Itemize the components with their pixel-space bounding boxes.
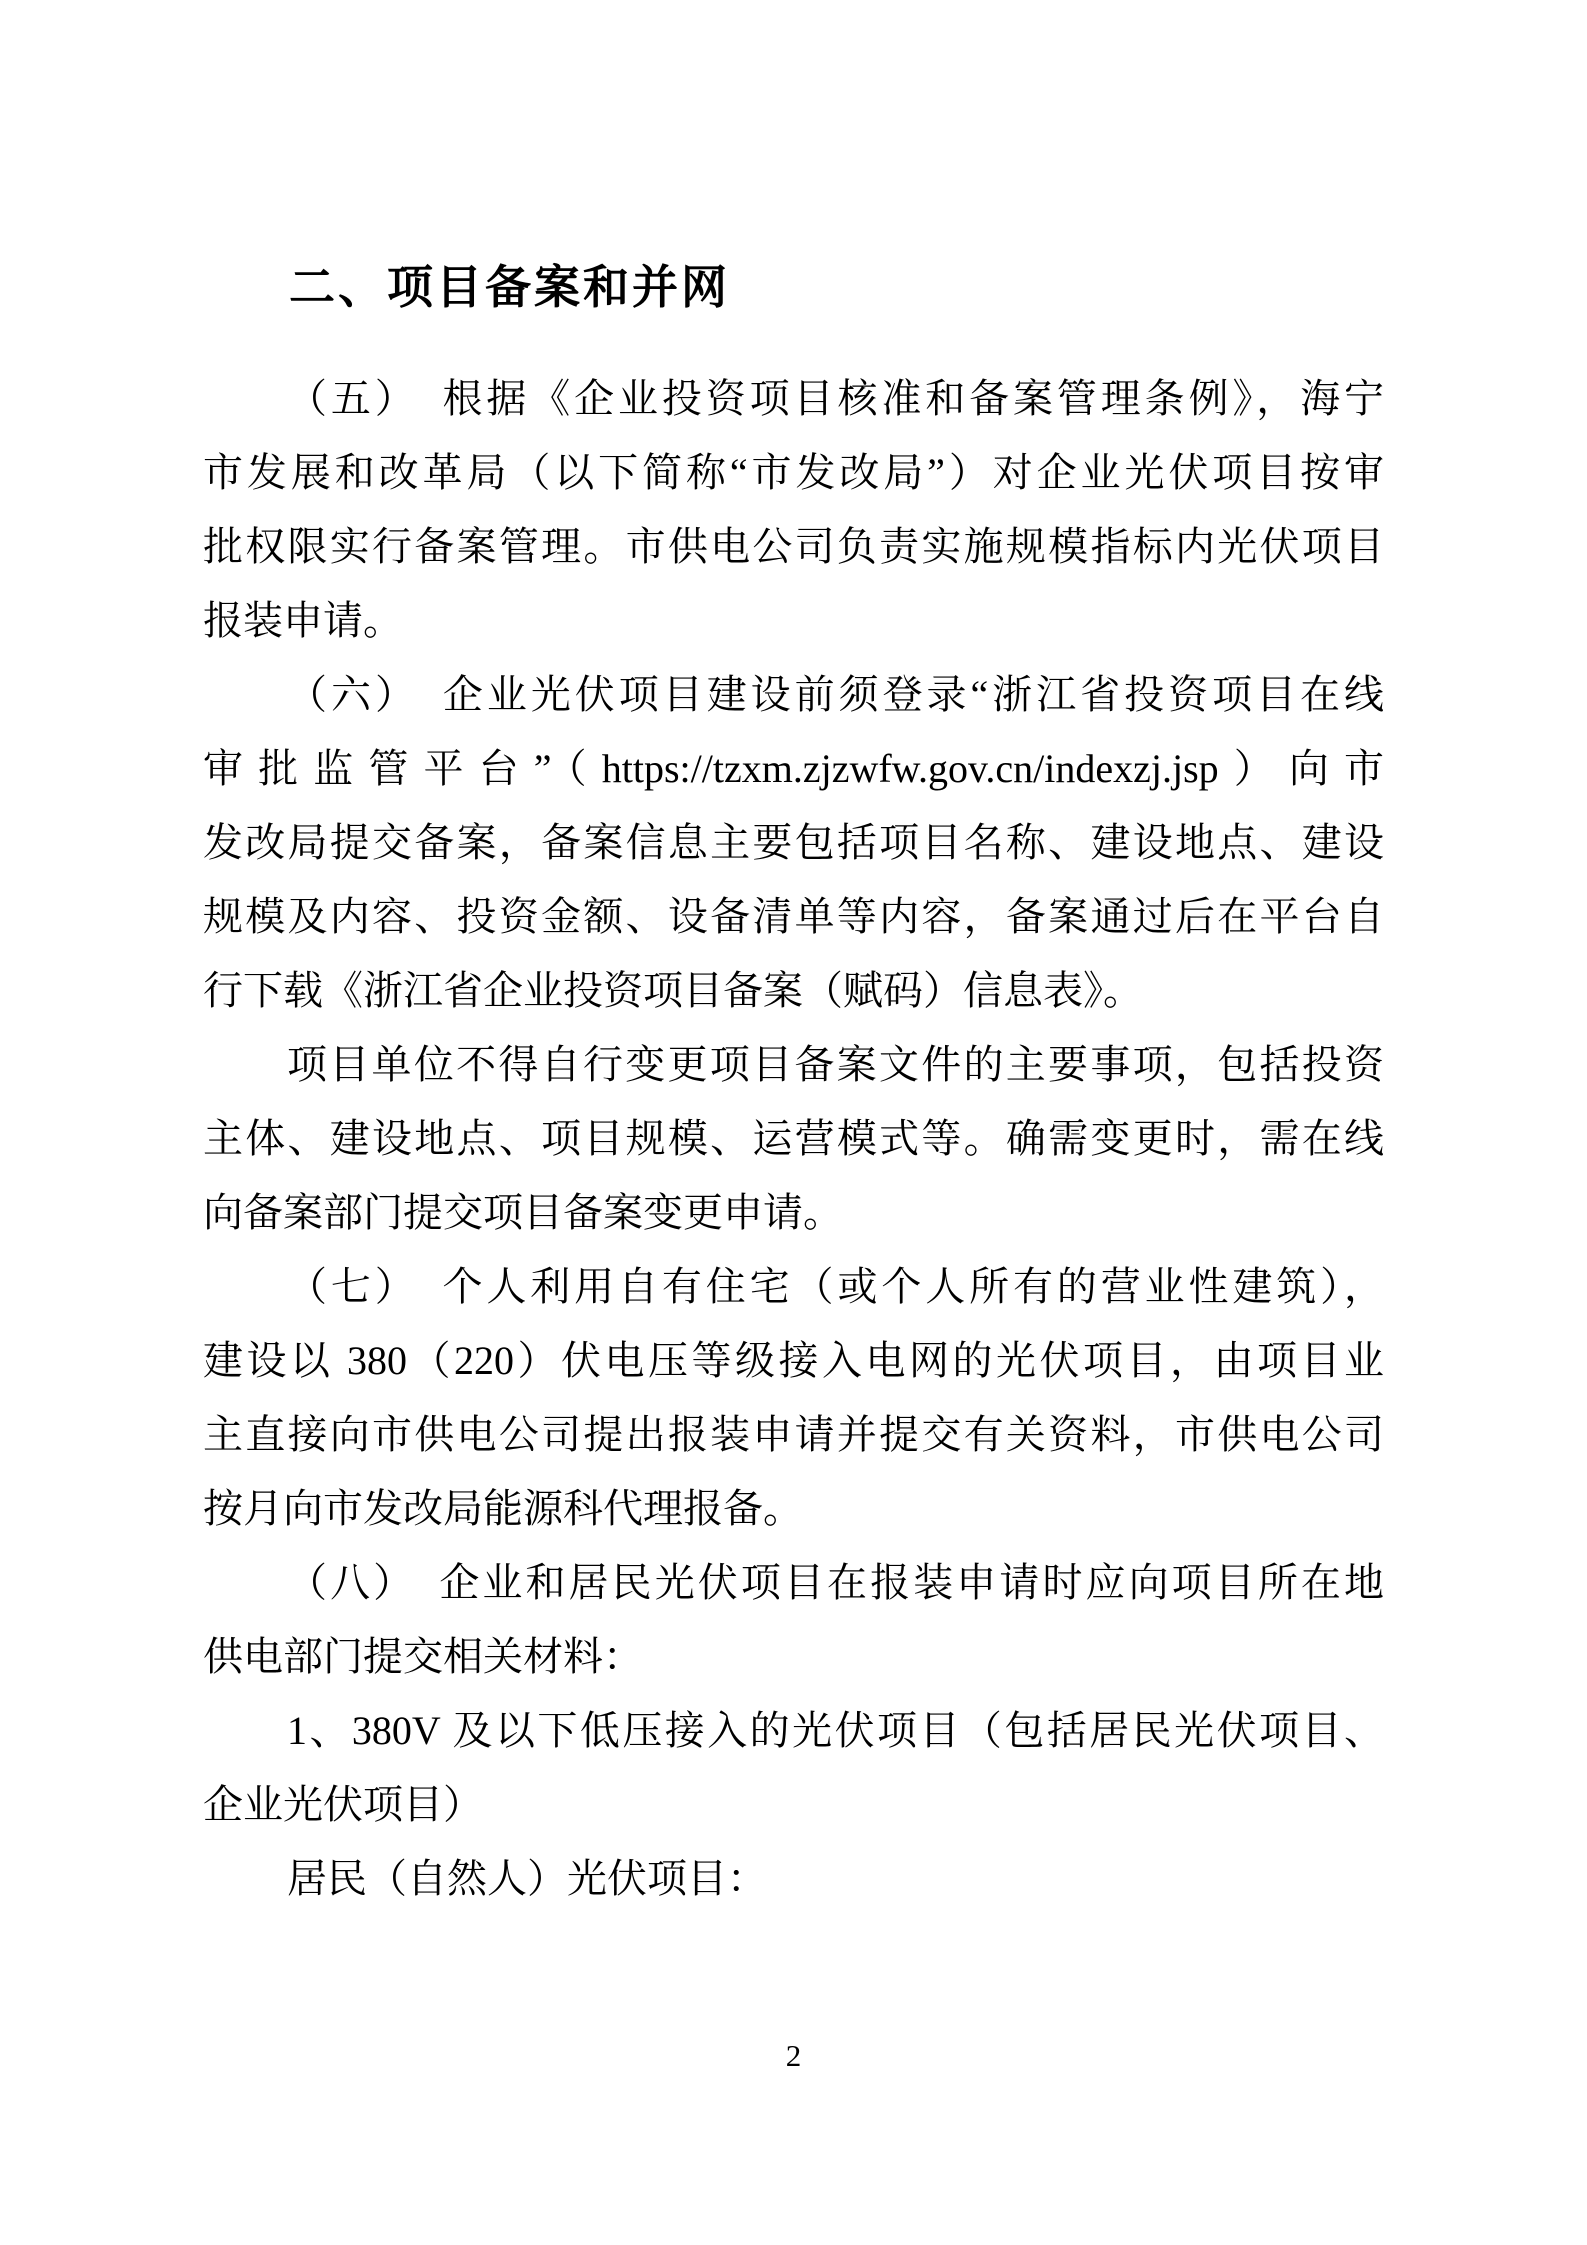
document-page: 二、项目备案和并网 （五） 根据《企业投资项目核准和备案管理条例》，海宁 市发展…: [0, 0, 1587, 2245]
text-line: 供电部门提交相关材料：: [203, 1620, 1384, 1694]
paragraph: （五） 根据《企业投资项目核准和备案管理条例》，海宁 市发展和改革局（以下简称“…: [203, 362, 1384, 658]
paragraph: （八） 企业和居民光伏项目在报装申请时应向项目所在地 供电部门提交相关材料：: [203, 1546, 1384, 1694]
page-number: 2: [0, 2036, 1587, 2076]
paragraph: 项目单位不得自行变更项目备案文件的主要事项，包括投资 主体、建设地点、项目规模、…: [203, 1028, 1384, 1250]
paragraph: 1、380V 及以下低压接入的光伏项目（包括居民光伏项目、 企业光伏项目）: [203, 1694, 1384, 1842]
document-body: 二、项目备案和并网 （五） 根据《企业投资项目核准和备案管理条例》，海宁 市发展…: [203, 250, 1384, 1916]
section-heading: 二、项目备案和并网: [289, 250, 1384, 324]
text-line: 行下载《浙江省企业投资项目备案（赋码）信息表》。: [203, 954, 1384, 1028]
text-line: 规模及内容、投资金额、设备清单等内容，备案通过后在平台自: [203, 880, 1384, 954]
text-line: 审批监管平台”（https://tzxm.zjzwfw.gov.cn/index…: [203, 732, 1384, 806]
paragraph: （六） 企业光伏项目建设前须登录“浙江省投资项目在线 审批监管平台”（https…: [203, 658, 1384, 1028]
text-line: 1、380V 及以下低压接入的光伏项目（包括居民光伏项目、: [203, 1694, 1384, 1768]
text-line: 报装申请。: [203, 584, 1384, 658]
text-line: （七） 个人利用自有住宅（或个人所有的营业性建筑），: [203, 1250, 1384, 1324]
text-line: 按月向市发改局能源科代理报备。: [203, 1472, 1384, 1546]
text-line: 主直接向市供电公司提出报装申请并提交有关资料，市供电公司: [203, 1398, 1384, 1472]
paragraph: （七） 个人利用自有住宅（或个人所有的营业性建筑）， 建设以 380（220）伏…: [203, 1250, 1384, 1546]
text-line: 居民（自然人）光伏项目：: [203, 1842, 1384, 1916]
text-line: 主体、建设地点、项目规模、运营模式等。确需变更时，需在线: [203, 1102, 1384, 1176]
text-line: 发改局提交备案，备案信息主要包括项目名称、建设地点、建设: [203, 806, 1384, 880]
text-line: （六） 企业光伏项目建设前须登录“浙江省投资项目在线: [203, 658, 1384, 732]
text-line: 市发展和改革局（以下简称“市发改局”）对企业光伏项目按审: [203, 436, 1384, 510]
text-line: 企业光伏项目）: [203, 1768, 1384, 1842]
text-line: 建设以 380（220）伏电压等级接入电网的光伏项目，由项目业: [203, 1324, 1384, 1398]
text-line: 项目单位不得自行变更项目备案文件的主要事项，包括投资: [203, 1028, 1384, 1102]
text-line: 批权限实行备案管理。市供电公司负责实施规模指标内光伏项目: [203, 510, 1384, 584]
paragraph: 居民（自然人）光伏项目：: [203, 1842, 1384, 1916]
text-line: 向备案部门提交项目备案变更申请。: [203, 1176, 1384, 1250]
text-line: （八） 企业和居民光伏项目在报装申请时应向项目所在地: [203, 1546, 1384, 1620]
text-line: （五） 根据《企业投资项目核准和备案管理条例》，海宁: [203, 362, 1384, 436]
